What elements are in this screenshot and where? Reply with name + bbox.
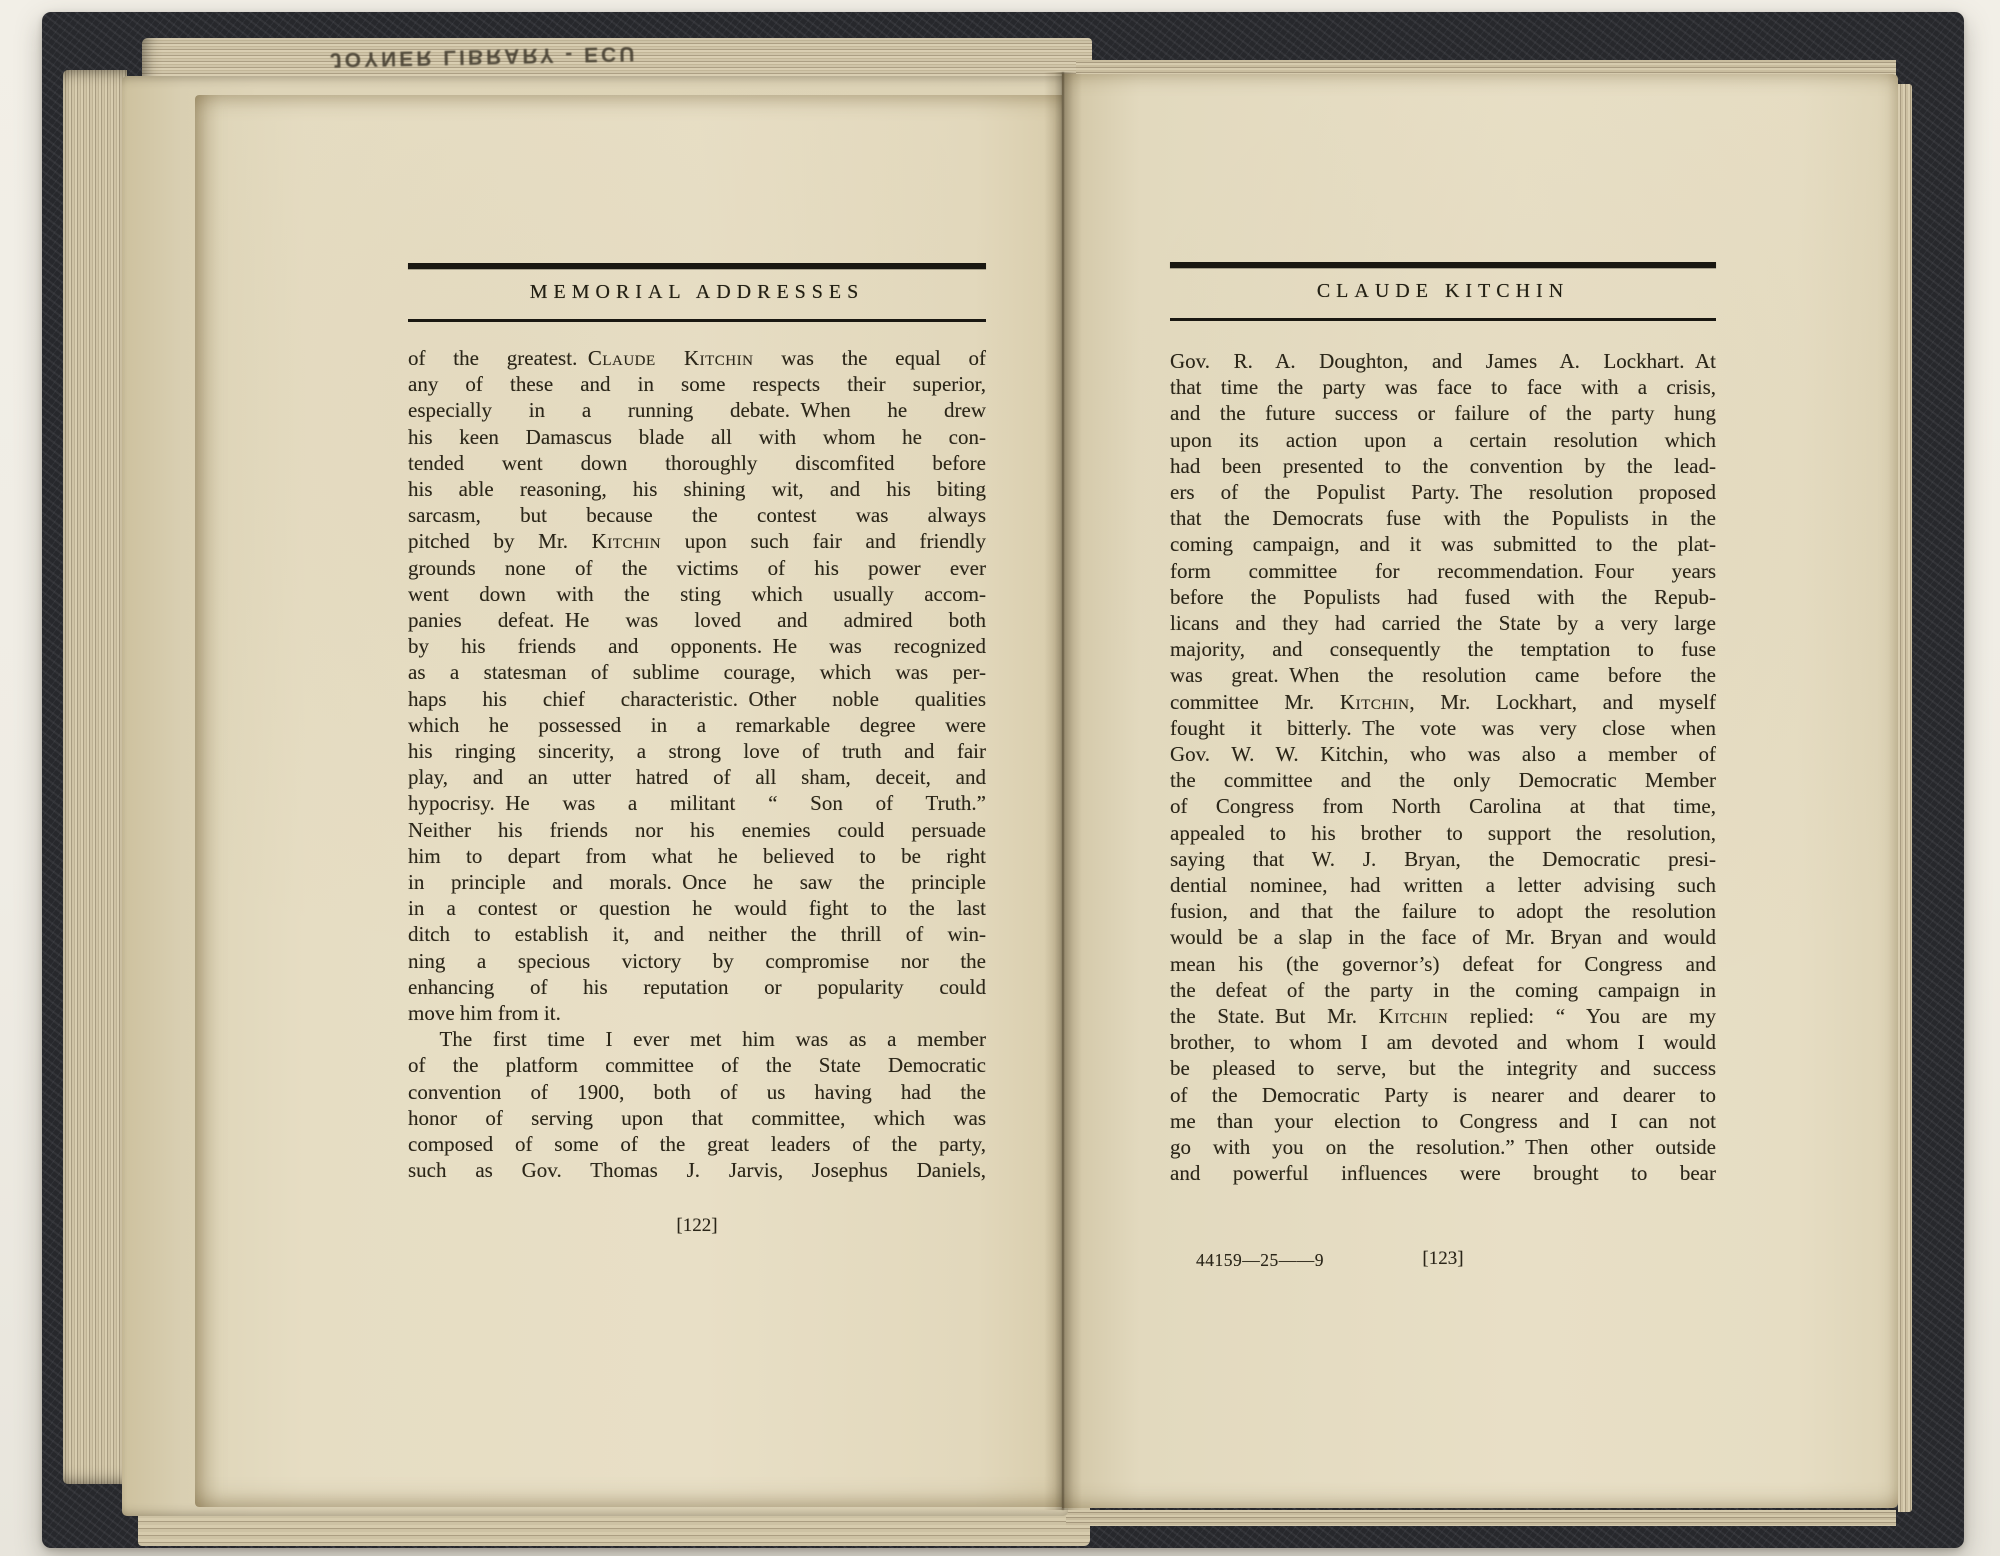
text-line: upon its action upon a certain resolutio…: [1170, 427, 1716, 453]
running-head-right: CLAUDE KITCHIN: [1170, 281, 1716, 301]
library-stamp: JOYNER LIBRARY - ECU: [330, 41, 638, 71]
text-line: that time the party was face to face wit…: [1170, 374, 1716, 400]
text-line: sarcasm, but because the contest was alw…: [408, 502, 986, 528]
header-rule-top: [408, 263, 986, 269]
page-edges-right: [1898, 84, 1912, 1512]
text-line: in principle and morals. Once he saw the…: [408, 869, 986, 895]
photo-background: { "photo": { "stamp": "JOYNER LIBRARY - …: [0, 0, 2000, 1556]
text-line: had been presented to the convention by …: [1170, 453, 1716, 479]
text-line: pitched by Mr. Kitchin upon such fair an…: [408, 528, 986, 554]
header-rule-top: [1170, 262, 1716, 268]
text-line: fusion, and that the failure to adopt th…: [1170, 898, 1716, 924]
text-line: such as Gov. Thomas J. Jarvis, Josephus …: [408, 1157, 986, 1183]
text-line: went down with the sting which usually a…: [408, 581, 986, 607]
text-line: hypocrisy. He was a militant “ Son of Tr…: [408, 790, 986, 816]
text-line: me than your election to Congress and I …: [1170, 1108, 1716, 1134]
text-line: grounds none of the victims of his power…: [408, 555, 986, 581]
text-line: any of these and in some respects their …: [408, 371, 986, 397]
text-line: dential nominee, had written a letter ad…: [1170, 872, 1716, 898]
text-line: him to depart from what he believed to b…: [408, 843, 986, 869]
text-line: committee Mr. Kitchin, Mr. Lockhart, and…: [1170, 689, 1716, 715]
text-line: Gov. R. A. Doughton, and James A. Lockha…: [1170, 348, 1716, 374]
text-line: the State. But Mr. Kitchin replied: “ Yo…: [1170, 1003, 1716, 1029]
text-line: his able reasoning, his shining wit, and…: [408, 476, 986, 502]
text-line: majority, and consequently the temptatio…: [1170, 636, 1716, 662]
right-page-text: Gov. R. A. Doughton, and James A. Lockha…: [1170, 348, 1716, 1187]
text-line: mean his (the governor’s) defeat for Con…: [1170, 951, 1716, 977]
page-edges-bottom-right: [1066, 1510, 1896, 1526]
text-line: play, and an utter hatred of all sham, d…: [408, 764, 986, 790]
text-line: saying that W. J. Bryan, the Democratic …: [1170, 846, 1716, 872]
text-line: of Congress from North Carolina at that …: [1170, 793, 1716, 819]
running-head-left: MEMORIAL ADDRESSES: [408, 282, 986, 302]
text-line: and powerful influences were brought to …: [1170, 1160, 1716, 1186]
right-page: CLAUDE KITCHIN Gov. R. A. Doughton, and …: [1062, 74, 1898, 1508]
text-line: his ringing sincerity, a strong love of …: [408, 738, 986, 764]
text-line: as a statesman of sublime courage, which…: [408, 659, 986, 685]
text-line: ditch to establish it, and neither the t…: [408, 921, 986, 947]
printers-key: 44159—25——9: [1196, 1250, 1324, 1271]
text-line: haps his chief characteristic. Other nob…: [408, 686, 986, 712]
text-line: licans and they had carried the State by…: [1170, 610, 1716, 636]
text-line: which he possessed in a remarkable degre…: [408, 712, 986, 738]
text-line: of the greatest. Claude Kitchin was the …: [408, 345, 986, 371]
text-line: The first time I ever met him was as a m…: [408, 1026, 986, 1052]
text-line: brother, to whom I am devoted and whom I…: [1170, 1029, 1716, 1055]
text-line: panies defeat. He was loved and admired …: [408, 607, 986, 633]
text-line: that the Democrats fuse with the Populis…: [1170, 505, 1716, 531]
left-page: MEMORIAL ADDRESSES of the greatest. Clau…: [195, 95, 1062, 1507]
left-page-text: of the greatest. Claude Kitchin was the …: [408, 345, 986, 1184]
text-line: the defeat of the party in the coming ca…: [1170, 977, 1716, 1003]
text-line: go with you on the resolution.” Then oth…: [1170, 1134, 1716, 1160]
text-line: move him from it.: [408, 1000, 986, 1026]
text-line: by his friends and opponents. He was rec…: [408, 633, 986, 659]
left-page-number: [122]: [408, 1215, 986, 1237]
text-line: Gov. W. W. Kitchin, who was also a membe…: [1170, 741, 1716, 767]
text-line: enhancing of his reputation or popularit…: [408, 974, 986, 1000]
text-line: of the platform committee of the State D…: [408, 1052, 986, 1078]
right-page-header: CLAUDE KITCHIN: [1170, 262, 1716, 321]
text-line: fought it bitterly. The vote was very cl…: [1170, 715, 1716, 741]
text-line: form committee for recommendation. Four …: [1170, 558, 1716, 584]
text-line: honor of serving upon that committee, wh…: [408, 1105, 986, 1131]
text-line: was great. When the resolution came befo…: [1170, 662, 1716, 688]
text-line: his keen Damascus blade all with whom he…: [408, 424, 986, 450]
text-line: Neither his friends nor his enemies coul…: [408, 817, 986, 843]
text-line: ers of the Populist Party. The resolutio…: [1170, 479, 1716, 505]
text-line: coming campaign, and it was submitted to…: [1170, 531, 1716, 557]
page-edges-top-right: [1076, 60, 1896, 75]
text-line: and the future success or failure of the…: [1170, 400, 1716, 426]
text-line: of the Democratic Party is nearer and de…: [1170, 1082, 1716, 1108]
text-line: convention of 1900, both of us having ha…: [408, 1079, 986, 1105]
text-line: especially in a running debate. When he …: [408, 397, 986, 423]
text-line: appealed to his brother to support the r…: [1170, 820, 1716, 846]
book: JOYNER LIBRARY - ECU MEMORIAL ADDRESSES …: [42, 12, 1964, 1548]
left-page-header: MEMORIAL ADDRESSES: [408, 263, 986, 322]
text-line: composed of some of the great leaders of…: [408, 1131, 986, 1157]
text-line: tended went down thoroughly discomfited …: [408, 450, 986, 476]
header-rule-bottom: [408, 319, 986, 322]
text-line: the committee and the only Democratic Me…: [1170, 767, 1716, 793]
text-line: ning a specious victory by compromise no…: [408, 948, 986, 974]
text-line: would be a slap in the face of Mr. Bryan…: [1170, 924, 1716, 950]
text-line: be pleased to serve, but the integrity a…: [1170, 1055, 1716, 1081]
text-line: in a contest or question he would fight …: [408, 895, 986, 921]
header-rule-bottom: [1170, 318, 1716, 321]
text-line: before the Populists had fused with the …: [1170, 584, 1716, 610]
page-edges-left: [63, 70, 127, 1484]
right-page-footer: 44159—25——9 [123]: [1170, 1248, 1716, 1270]
